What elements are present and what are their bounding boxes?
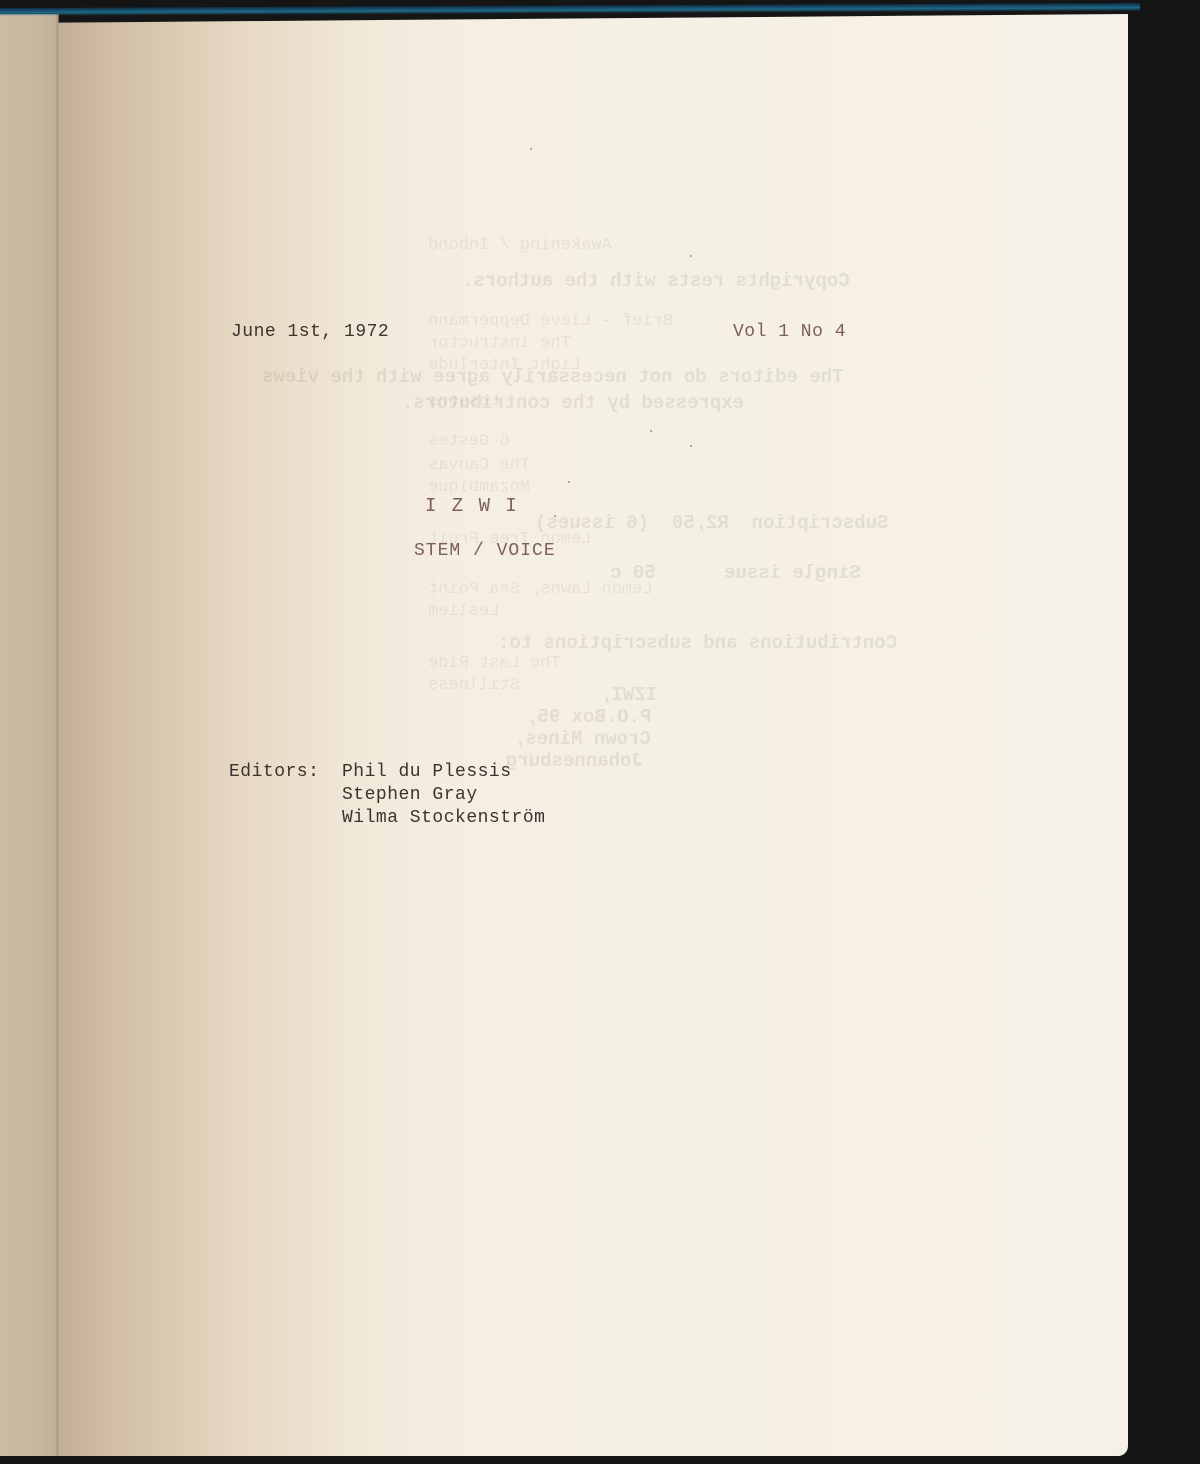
bleed-contents-5: 6 Gestes bbox=[428, 432, 510, 451]
editor-name: Phil du Plessis bbox=[342, 762, 512, 782]
scanned-page: Copyrights rests with the authors. The e… bbox=[0, 0, 1200, 1464]
scanner-edge-glow bbox=[0, 3, 1140, 16]
bleed-address-1: IZWI, bbox=[600, 684, 657, 706]
facing-page-edge bbox=[0, 14, 58, 1456]
bleed-copyright: Copyrights rests with the authors. bbox=[462, 270, 850, 292]
ink-speck bbox=[690, 445, 692, 447]
bleed-address-2: P.O.Box 95, bbox=[526, 706, 651, 728]
editor-name: Wilma Stockenström bbox=[342, 808, 545, 828]
ink-speck bbox=[568, 481, 570, 483]
bleed-address-4: Johannesburg bbox=[506, 750, 643, 772]
bleed-contents-0: Awakening / Inbond bbox=[428, 236, 612, 255]
bleed-address-3: Crown Mines, bbox=[514, 728, 651, 750]
bleed-contents-2: The instructor bbox=[428, 334, 571, 353]
ink-speck bbox=[554, 515, 556, 517]
bleed-contents-3: Light Interlude bbox=[428, 356, 581, 375]
issue-date: June 1st, 1972 bbox=[231, 322, 389, 342]
bleed-contents-9: Lemon Lawns, Sea Point bbox=[428, 580, 652, 599]
bleed-contents-6: The Canvas bbox=[428, 456, 530, 475]
magazine-subtitle: STEM / VOICE bbox=[414, 541, 556, 561]
volume-number: Vol 1 No 4 bbox=[733, 322, 846, 342]
bleed-contributions: Contributions and subscriptions to: bbox=[498, 632, 897, 654]
bleed-contents-11: The Last Ride bbox=[428, 654, 561, 673]
editor-name: Stephen Gray bbox=[342, 785, 478, 805]
bleed-contents-12: Stillness bbox=[428, 676, 520, 695]
ink-speck bbox=[650, 430, 652, 432]
bleed-contents-10: Lesliem bbox=[428, 602, 499, 621]
bleed-contents-1: Brief - Lieve Deppermann bbox=[428, 312, 673, 331]
bleed-contents-4: Lessons bbox=[428, 392, 499, 411]
magazine-title: I Z W I bbox=[425, 495, 519, 517]
editors-label: Editors: bbox=[229, 762, 319, 782]
spine-fold bbox=[56, 14, 59, 1456]
ink-speck bbox=[530, 148, 532, 150]
ink-speck bbox=[690, 255, 692, 257]
